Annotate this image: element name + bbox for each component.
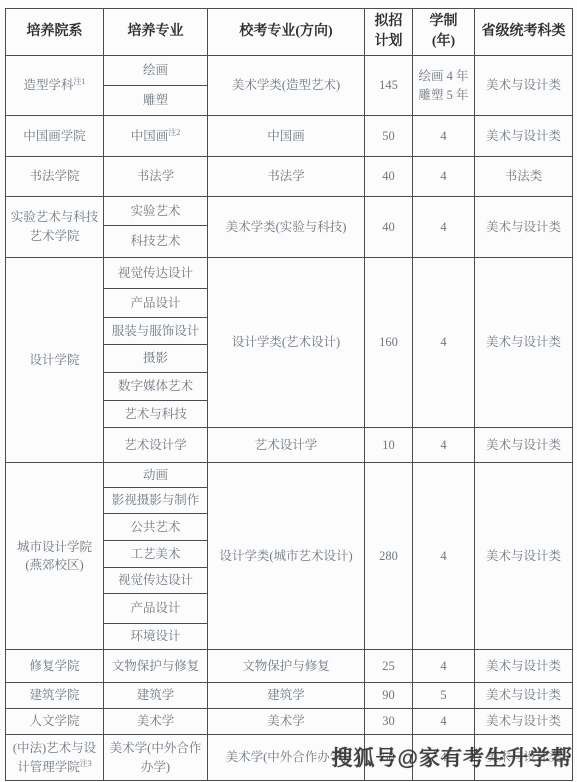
cell-major: 美术学 — [104, 709, 208, 735]
cell-exam: 美术学类(实验与科技) — [208, 197, 365, 258]
cell-years: 4 — [413, 116, 475, 157]
cell-major: 艺术设计学 — [104, 428, 208, 463]
cell-exam: 设计学类(城市艺术设计) — [208, 463, 365, 650]
cell-major: 文物保护与修复 — [104, 650, 208, 683]
cell-exam: 中国画 — [208, 116, 365, 157]
cell-category: 美术与设计类 — [475, 650, 573, 683]
cell-major: 视觉传达设计 — [104, 568, 208, 594]
cell-major: 科技艺术 — [104, 226, 208, 258]
table-row: 设计学院 视觉传达设计 设计学类(艺术设计) 160 4 美术与设计类 — [6, 258, 573, 289]
cell-plan: 280 — [365, 463, 413, 650]
table-header-row: 培养院系 培养专业 校考专业(方向) 拟招 计划 学制 (年) 省级统考科类 — [6, 9, 573, 56]
table-row: 修复学院 文物保护与修复 文物保护与修复 25 4 美术与设计类 — [6, 650, 573, 683]
cell-years: 4 — [413, 258, 475, 428]
cell-dept: 中国画学院 — [6, 116, 104, 157]
cell-major: 雕塑 — [104, 86, 208, 116]
cell-plan: 40 — [365, 197, 413, 258]
cell-major: 动画 — [104, 463, 208, 488]
cell-plan: 90 — [365, 683, 413, 709]
cell-category: 美术与设计类 — [475, 683, 573, 709]
cell-dept: 造型学科注1 — [6, 56, 104, 116]
cell-years: 4 — [413, 650, 475, 683]
cell-major: 书法学 — [104, 157, 208, 197]
table-row: 城市设计学院 (燕郊校区) 动画 设计学类(城市艺术设计) 280 4 美术与设… — [6, 463, 573, 488]
cell-major: 美术学(中外合作办学) — [104, 735, 208, 781]
cell-years: 4 — [413, 428, 475, 463]
cell-major: 实验艺术 — [104, 197, 208, 226]
cell-plan: 145 — [365, 56, 413, 116]
cell-plan: 10 — [365, 428, 413, 463]
cell-years: 4 — [413, 463, 475, 650]
footnote-marker: 注3 — [80, 758, 92, 767]
cell-exam: 美术学类(造型艺术) — [208, 56, 365, 116]
header-dept: 培养院系 — [6, 9, 104, 56]
cell-dept: 城市设计学院 (燕郊校区) — [6, 463, 104, 650]
cell-dept: 设计学院 — [6, 258, 104, 463]
footnote-marker: 注1 — [74, 77, 86, 86]
cell-major: 公共艺术 — [104, 514, 208, 541]
cell-category: 美术与设计类 — [475, 463, 573, 650]
table-row: 建筑学院 建筑学 建筑学 90 5 美术与设计类 — [6, 683, 573, 709]
cell-category: 美术与设计类 — [475, 428, 573, 463]
cell-dept: 修复学院 — [6, 650, 104, 683]
cell-exam: 建筑学 — [208, 683, 365, 709]
table-row: 人文学院 美术学 美术学 30 4 美术与设计类 — [6, 709, 573, 735]
cell-category: 美术与设计类 — [475, 709, 573, 735]
cell-plan: 160 — [365, 258, 413, 428]
cell-years: 4 — [413, 709, 475, 735]
header-category: 省级统考科类 — [475, 9, 573, 56]
header-major: 培养专业 — [104, 9, 208, 56]
cell-exam: 书法学 — [208, 157, 365, 197]
cell-category: 美术与设计类 — [475, 116, 573, 157]
cell-dept: (中法)艺术与设计管理学院注3 — [6, 735, 104, 781]
cell-major: 环境设计 — [104, 624, 208, 650]
cell-major: 绘画 — [104, 56, 208, 86]
cell-years: 4 — [413, 157, 475, 197]
document-page: 培养院系 培养专业 校考专业(方向) 拟招 计划 学制 (年) 省级统考科类 造… — [0, 0, 577, 782]
table-row: 中国画学院 中国画注2 中国画 50 4 美术与设计类 — [6, 116, 573, 157]
cell-major: 产品设计 — [104, 594, 208, 624]
cell-major: 服装与服饰设计 — [104, 318, 208, 345]
cell-dept: 人文学院 — [6, 709, 104, 735]
admission-plan-table: 培养院系 培养专业 校考专业(方向) 拟招 计划 学制 (年) 省级统考科类 造… — [5, 8, 573, 781]
table-row: 书法学院 书法学 书法学 40 4 书法类 — [6, 157, 573, 197]
cell-plan: 30 — [365, 709, 413, 735]
cell-major: 艺术与科技 — [104, 401, 208, 428]
header-exam: 校考专业(方向) — [208, 9, 365, 56]
header-plan: 拟招 计划 — [365, 9, 413, 56]
sohu-watermark: 搜狐号@家有考生升学帮 — [332, 742, 573, 772]
header-years: 学制 (年) — [413, 9, 475, 56]
cell-major: 工艺美术 — [104, 541, 208, 568]
cell-plan: 40 — [365, 157, 413, 197]
cell-major: 数字媒体艺术 — [104, 373, 208, 401]
cell-plan: 25 — [365, 650, 413, 683]
footnote-marker: 注2 — [168, 127, 180, 136]
cell-category: 书法类 — [475, 157, 573, 197]
cell-years: 5 — [413, 683, 475, 709]
cell-plan: 50 — [365, 116, 413, 157]
cell-dept: 建筑学院 — [6, 683, 104, 709]
cell-years: 绘画 4 年 雕塑 5 年 — [413, 56, 475, 116]
cell-category: 美术与设计类 — [475, 197, 573, 258]
cell-exam: 美术学 — [208, 709, 365, 735]
cell-major: 建筑学 — [104, 683, 208, 709]
cell-years: 4 — [413, 197, 475, 258]
cell-category: 美术与设计类 — [475, 56, 573, 116]
table-row: 实验艺术与科技艺术学院 实验艺术 美术学类(实验与科技) 40 4 美术与设计类 — [6, 197, 573, 226]
table-row: 造型学科注1 绘画 美术学类(造型艺术) 145 绘画 4 年 雕塑 5 年 美… — [6, 56, 573, 86]
cell-exam: 设计学类(艺术设计) — [208, 258, 365, 428]
cell-category: 美术与设计类 — [475, 258, 573, 428]
cell-major: 视觉传达设计 — [104, 258, 208, 289]
cell-major: 中国画注2 — [104, 116, 208, 157]
cell-exam: 艺术设计学 — [208, 428, 365, 463]
cell-exam: 文物保护与修复 — [208, 650, 365, 683]
cell-major: 产品设计 — [104, 289, 208, 318]
cell-dept: 书法学院 — [6, 157, 104, 197]
cell-major: 影视摄影与制作 — [104, 488, 208, 514]
cell-dept: 实验艺术与科技艺术学院 — [6, 197, 104, 258]
cell-major: 摄影 — [104, 345, 208, 373]
